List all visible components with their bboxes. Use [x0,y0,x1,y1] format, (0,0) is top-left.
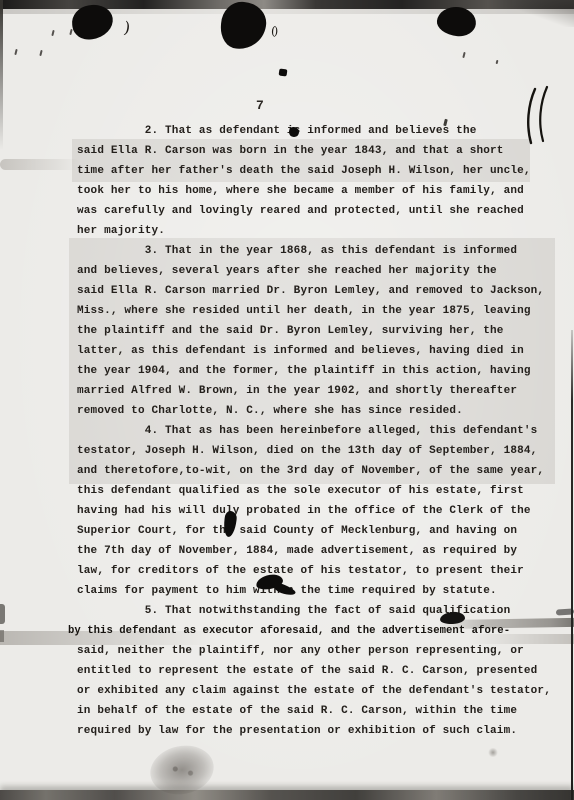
text-line: testator, Joseph H. Wilson, died on the … [77,441,551,461]
text-line: her majority. [77,221,551,241]
pen-tick-mark [462,52,465,58]
text-line: entitled to represent the estate of the … [77,661,551,681]
text-line: the 7th day of November, 1884, made adve… [77,541,551,561]
ink-dot-mark [279,68,288,76]
text-line: law, for creditors of the estate of his … [77,561,551,581]
text-line: having had his will duly probated in the… [77,501,551,521]
text-line: the plaintiff and the said Dr. Byron Lem… [77,321,551,341]
text-line: took her to his home, where she became a… [77,181,551,201]
scan-edge-right-line [571,330,573,800]
text-line: latter, as this defendant is informed an… [77,341,551,361]
text-line: or exhibited any claim against the estat… [77,681,551,701]
text-line: Superior Court, for the said County of M… [77,521,551,541]
text-line: in behalf of the estate of the said R. C… [77,701,551,721]
text-line: said, neither the plaintiff, nor any oth… [77,641,551,661]
text-line: 4. That as has been hereinbefore alleged… [77,421,551,441]
text-line: claims for payment to him within the tim… [77,581,551,601]
text-line: said Ella R. Carson was born in the year… [77,141,551,161]
scan-edge-left [0,0,3,150]
ink-smudge-word-is [289,127,299,137]
scan-smudge-left-margin [0,159,80,170]
pen-tick-mark [496,60,499,64]
text-line: was carefully and lovingly reared and pr… [77,201,551,221]
text-line: married Alfred W. Brown, in the year 190… [77,381,551,401]
text-line: the year 1904, and the former, the plain… [77,361,551,381]
pen-tick-mark [14,49,17,55]
pen-tick-mark [39,50,42,56]
scan-left-dash [0,604,5,624]
page-number: 7 [256,98,264,113]
text-line: removed to Charlotte, N. C., where she h… [77,401,551,421]
scan-right-dash [556,608,574,615]
scan-corner-top-right [512,0,574,27]
scan-speck [488,748,498,757]
text-line: time after her father's death the said J… [77,161,551,181]
handwritten-paren-mark: ) [123,18,132,38]
text-line: 2. That as defendant is informed and bel… [77,121,551,141]
text-line: 5. That notwithstanding the fact of said… [77,601,551,621]
text-line: and believes, several years after she re… [77,261,551,281]
text-line: by this defendant as executor aforesaid,… [68,621,551,641]
scan-edge-bottom [0,790,574,800]
typewritten-text: 2. That as defendant is informed and bel… [77,121,551,741]
text-line: and theretofore,to-wit, on the 3rd day o… [77,461,551,481]
text-line: said Ella R. Carson married Dr. Byron Le… [77,281,551,301]
text-line: 3. That in the year 1868, as this defend… [77,241,551,261]
scanned-document-page: 7 2. That as defendant is informed and b… [0,0,574,800]
pen-tick-mark [69,29,72,35]
handwritten-margin-mark [520,85,552,147]
handwritten-double-tick: () [271,24,277,38]
scan-left-dash-small [0,630,4,642]
text-line: required by law for the presentation or … [77,721,551,741]
pen-tick-mark [51,30,54,36]
text-line: this defendant qualified as the sole exe… [77,481,551,501]
text-line: Miss., where she resided until her death… [77,301,551,321]
